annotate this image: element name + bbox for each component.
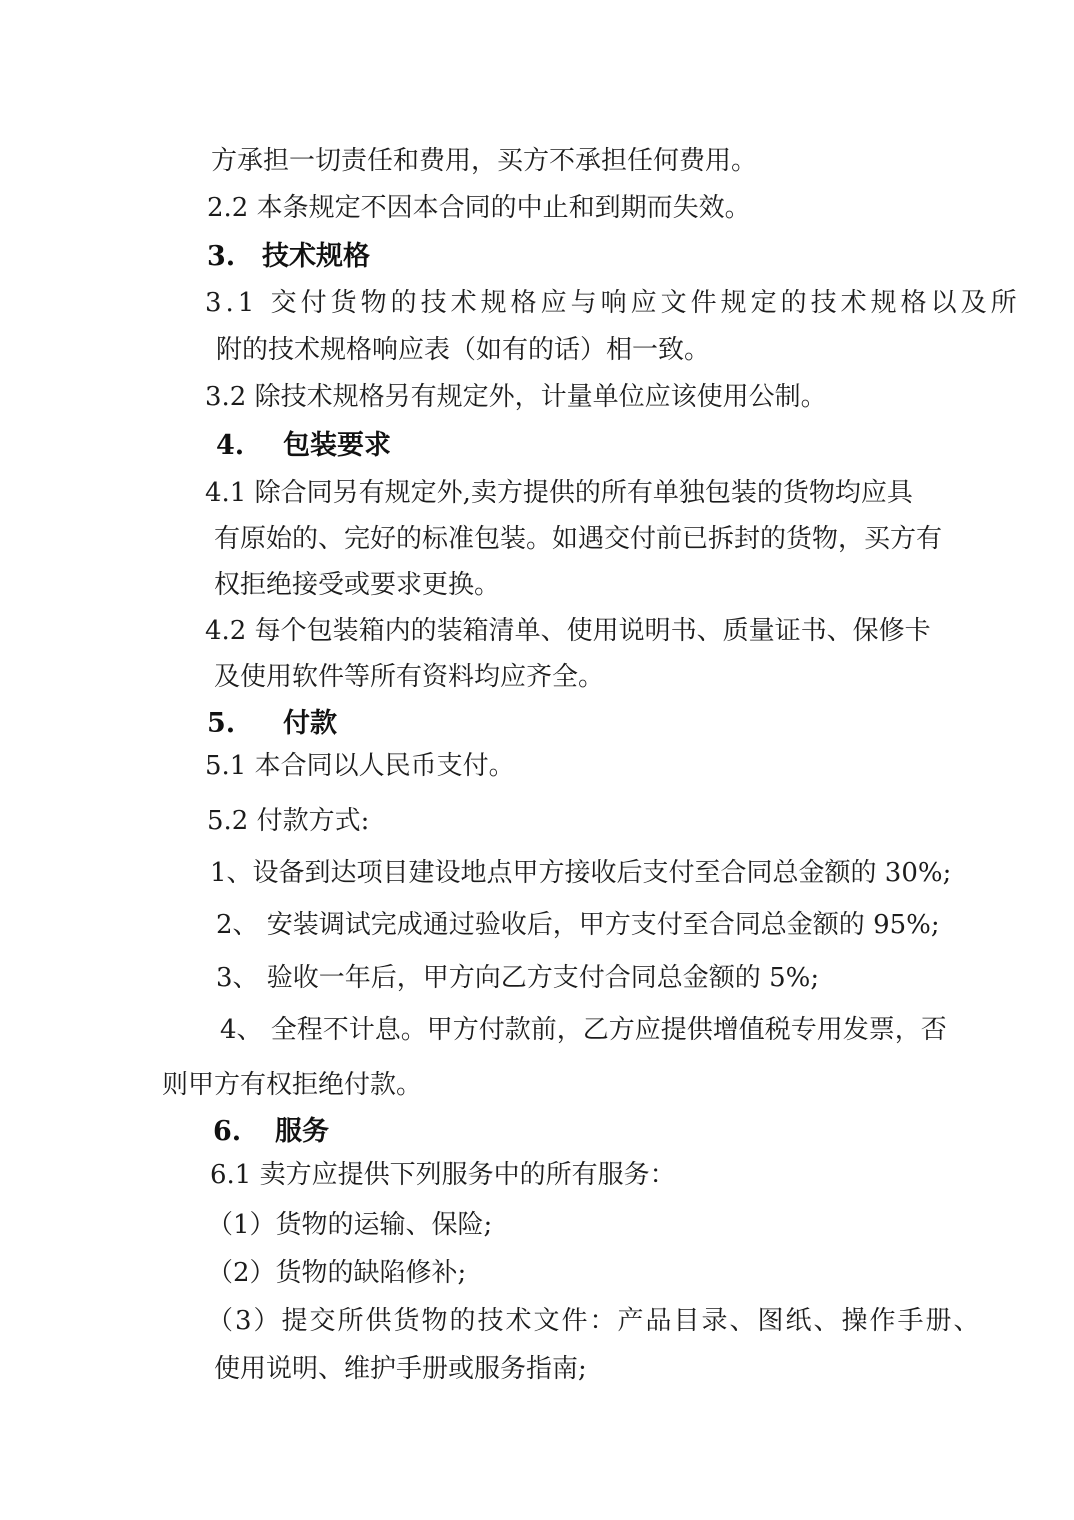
clause-5-1: 5.1 本合同以人民币支付。 [205,751,515,782]
section-heading-5: 5.付款 [207,708,337,740]
payment-item-3: 3、 验收一年后，甲方向乙方支付合同总金额的 5%; [216,963,819,994]
payment-item-4-cont: 则甲方有权拒绝付款。 [162,1070,422,1101]
clause-4-1-cont: 权拒绝接受或要求更换。 [214,570,500,601]
section-title: 付款 [283,708,337,739]
clause-4-2-cont: 及使用软件等所有资料均应齐全。 [214,662,604,693]
section-number: 4. [216,430,283,462]
section-heading-6: 6.服务 [213,1116,329,1148]
section-title: 技术规格 [262,241,370,272]
section-number: 6. [213,1116,275,1148]
section-number: 5. [207,708,283,740]
payment-item-4: 4、 全程不计息。甲方付款前，乙方应提供增值税专用发票，否 [220,1015,947,1046]
section-heading-4: 4.包装要求 [216,430,391,462]
section-title: 服务 [275,1116,329,1147]
clause-4-2: 4.2 每个包装箱内的装箱清单、使用说明书、质量证书、保修卡 [205,616,931,647]
paragraph-line: 方承担一切责任和费用，买方不承担任何费用。 [211,146,757,177]
clause-6-1: 6.1 卖方应提供下列服务中的所有服务： [210,1160,676,1191]
clause-5-2: 5.2 付款方式: [207,806,369,837]
service-item-1: （1）货物的运输、保险; [207,1210,492,1241]
clause-4-1: 4.1 除合同另有规定外,卖方提供的所有单独包装的货物均应具 [205,478,913,509]
service-item-3: （3）提交所供货物的技术文件：产品目录、图纸、操作手册、 [207,1306,982,1337]
contract-document-page: 方承担一切责任和费用，买方不承担任何费用。 2.2 本条规定不因本合同的中止和到… [0,0,1074,1520]
clause-3-1: 3.1 交付货物的技术规格应与响应文件规定的技术规格以及所 [205,288,1021,319]
service-item-3-cont: 使用说明、维护手册或服务指南; [214,1354,587,1385]
clause-4-1-cont: 有原始的、完好的标准包装。如遇交付前已拆封的货物，买方有 [214,524,942,555]
service-item-2: （2）货物的缺陷修补; [207,1258,466,1289]
payment-item-1: 1、设备到达项目建设地点甲方接收后支付至合同总金额的 30%; [210,858,951,889]
payment-item-2: 2、 安装调试完成通过验收后，甲方支付至合同总金额的 95%; [216,910,940,941]
section-title: 包装要求 [283,430,391,461]
clause-3-2: 3.2 除技术规格另有规定外，计量单位应该使用公制。 [205,382,827,413]
section-heading-3: 3.技术规格 [207,241,370,273]
clause-3-1-cont: 附的技术规格响应表（如有的话）相一致。 [216,335,710,366]
section-number: 3. [207,241,262,273]
clause-2-2: 2.2 本条规定不因本合同的中止和到期而失效。 [207,193,751,224]
